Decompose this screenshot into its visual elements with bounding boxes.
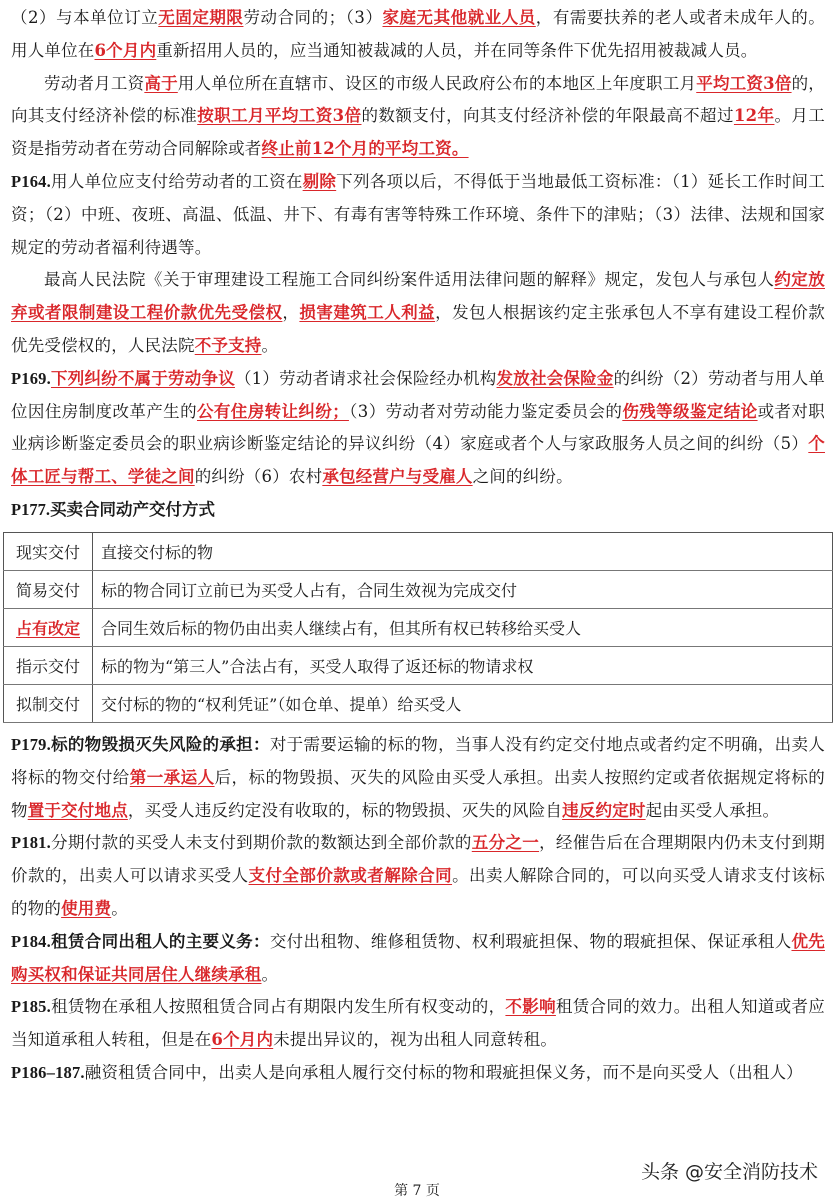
text: （3）劳动者对劳动能力鉴定委员会的 [349,402,622,421]
text: 最高人民法院《关于审理建设工程施工合同纠纷案件适用法律问题的解释》规定，发包人与… [44,270,774,289]
delivery-description: 合同生效后标的物仍由出卖人继续占有，但其所有权已转移给买受人 [93,608,833,646]
delivery-method: 简易交付 [4,570,93,608]
text: 交付出租物、维修租赁物、权利瑕疵担保、物的瑕疵担保、保证承租人 [270,932,792,951]
highlight-term: 下列纠纷不属于劳动争议 [51,369,235,388]
page-ref: P164. [11,172,51,191]
paragraph-p184: P184.租赁合同出租人的主要义务：交付出租物、维修租赁物、权利瑕疵担保、物的瑕… [11,926,825,992]
delivery-description: 直接交付标的物 [93,532,833,570]
text: 。 [262,965,279,984]
section-heading-p177: P177.买卖合同动产交付方式 [11,494,825,526]
page-ref: P169. [11,369,51,388]
paragraph-supreme-court: 最高人民法院《关于审理建设工程施工合同纠纷案件适用法律问题的解释》规定，发包人与… [11,264,825,362]
highlight-term: 按职工月平均工资3倍 [197,106,361,125]
table-row: 指示交付 标的物为“第三人”合法占有，买受人取得了返还标的物请求权 [4,646,833,684]
text: 。 [262,336,279,355]
page-number: 第 7 页 [0,1180,834,1200]
highlight-term: 6个月内 [95,41,157,60]
highlight-term: 终止前12个月的平均工资。 [262,139,469,158]
paragraph-layoff-priority: （2）与本单位订立无固定期限劳动合同的；（3）家庭无其他就业人员，有需要扶养的老… [11,2,825,68]
text: 的纠纷（6）农村 [195,467,323,486]
text: （2）与本单位订立 [11,8,158,27]
table-row: 拟制交付 交付标的物的“权利凭证”（如仓单、提单）给买受人 [4,684,833,722]
highlight-term: 使用费 [61,899,111,918]
paragraph-p181: P181.分期付款的买受人未支付到期价款的数额达到全部价款的五分之一，经催告后在… [11,827,825,925]
text: 租赁物在承租人按照租赁合同占有期限内发生所有权变动的， [51,997,505,1016]
highlight-term: 不影响 [505,997,555,1016]
highlight-term: 违反约定时 [562,801,646,820]
text: 。 [111,899,128,918]
page-ref: P179. [11,735,51,754]
text: ，买受人违反约定没有收取的，标的物毁损、灭失的风险自 [128,801,562,820]
text: 劳动合同的；（3） [243,8,382,27]
highlight-term: 第一承运人 [130,768,215,787]
text: 之间的纠纷。 [473,467,573,486]
highlight-term: 发放社会保险金 [497,369,614,388]
highlight-term: 公有住房转让纠纷； [197,402,349,421]
delivery-description: 标的物为“第三人”合法占有，买受人取得了返还标的物请求权 [93,646,833,684]
highlight-term: 高于 [144,74,177,93]
text: 劳动者月工资 [44,74,144,93]
text: 重新招用人员的，应当通知被裁减的人员，并在同等条件下优先招用被裁减人员。 [156,41,757,60]
table-row: 现实交付 直接交付标的物 [4,532,833,570]
bold-term: 租赁合同出租人的主要义务： [51,932,270,951]
text: （1）劳动者请求社会保险经办机构 [235,369,497,388]
text: ， [282,303,299,322]
delivery-methods-table: 现实交付 直接交付标的物 简易交付 标的物合同订立前已为买受人占有，合同生效视为… [3,532,833,723]
text: 融资租赁合同中，出卖人是向承租人履行交付标的物和瑕疵担保义务，而不是向买受人（出… [85,1063,803,1082]
highlight-term: 无固定期限 [158,8,243,27]
highlight-term: 承包经营户与受雇人 [322,467,472,486]
text: 的数额支付，向其支付经济补偿的年限最高不超过 [361,106,733,125]
paragraph-p185: P185.租赁物在承租人按照租赁合同占有期限内发生所有权变动的，不影响租赁合同的… [11,991,825,1057]
highlight-term: 平均工资3倍 [696,74,791,93]
page-ref: P177. [11,500,50,519]
highlight-term: 损害建筑工人利益 [299,303,435,322]
highlight-term: 置于交付地点 [28,801,128,820]
paragraph-p169: P169.下列纠纷不属于劳动争议（1）劳动者请求社会保险经办机构发放社会保险金的… [11,363,825,494]
delivery-description: 标的物合同订立前已为买受人占有，合同生效视为完成交付 [93,570,833,608]
highlight-term: 家庭无其他就业人员 [382,8,535,27]
delivery-description: 交付标的物的“权利凭证”（如仓单、提单）给买受人 [93,684,833,722]
page-ref: P186–187. [11,1063,85,1082]
highlight-term: 五分之一 [472,833,539,852]
table-row: 占有改定 合同生效后标的物仍由出卖人继续占有，但其所有权已转移给买受人 [4,608,833,646]
paragraph-p179: P179.标的物毁损灭失风险的承担：对于需要运输的标的物，当事人没有约定交付地点… [11,729,825,827]
paragraph-p186-187: P186–187.融资租赁合同中，出卖人是向承租人履行交付标的物和瑕疵担保义务，… [11,1057,825,1090]
paragraph-p164: P164.用人单位应支付给劳动者的工资在剔除下列各项以后，不得低于当地最低工资标… [11,166,825,264]
highlight-term: 不予支持 [195,336,262,355]
page-ref: P184. [11,932,51,951]
highlight-term: 12年 [734,106,775,125]
highlight-term: 伤残等级鉴定结论 [622,402,757,421]
table-row: 简易交付 标的物合同订立前已为买受人占有，合同生效视为完成交付 [4,570,833,608]
bold-term: 标的物毁损灭失风险的承担： [51,735,270,754]
page-ref: P185. [11,997,51,1016]
delivery-method: 现实交付 [4,532,93,570]
highlight-term: 6个月内 [211,1030,273,1049]
heading-text: 买卖合同动产交付方式 [50,500,215,519]
paragraph-wage-compensation: 劳动者月工资高于用人单位所在直辖市、设区的市级人民政府公布的本地区上年度职工月平… [11,68,825,166]
text: 未提出异议的，视为出租人同意转租。 [273,1030,557,1049]
text: 起由买受人承担。 [646,801,780,820]
highlight-term: 剔除 [303,172,337,191]
text: 用人单位应支付给劳动者的工资在 [51,172,303,191]
text: 分期付款的买受人未支付到期价款的数额达到全部价款的 [51,833,472,852]
text: 用人单位所在直辖市、设区的市级人民政府公布的本地区上年度职工月 [178,74,696,93]
delivery-method-highlighted: 占有改定 [4,608,93,646]
highlight-term: 占有改定 [16,619,80,638]
delivery-method: 指示交付 [4,646,93,684]
page-ref: P181. [11,833,51,852]
delivery-method: 拟制交付 [4,684,93,722]
document-page: （2）与本单位订立无固定期限劳动合同的；（3）家庭无其他就业人员，有需要扶养的老… [11,0,825,1090]
highlight-term: 支付全部价款或者解除合同 [249,866,453,885]
